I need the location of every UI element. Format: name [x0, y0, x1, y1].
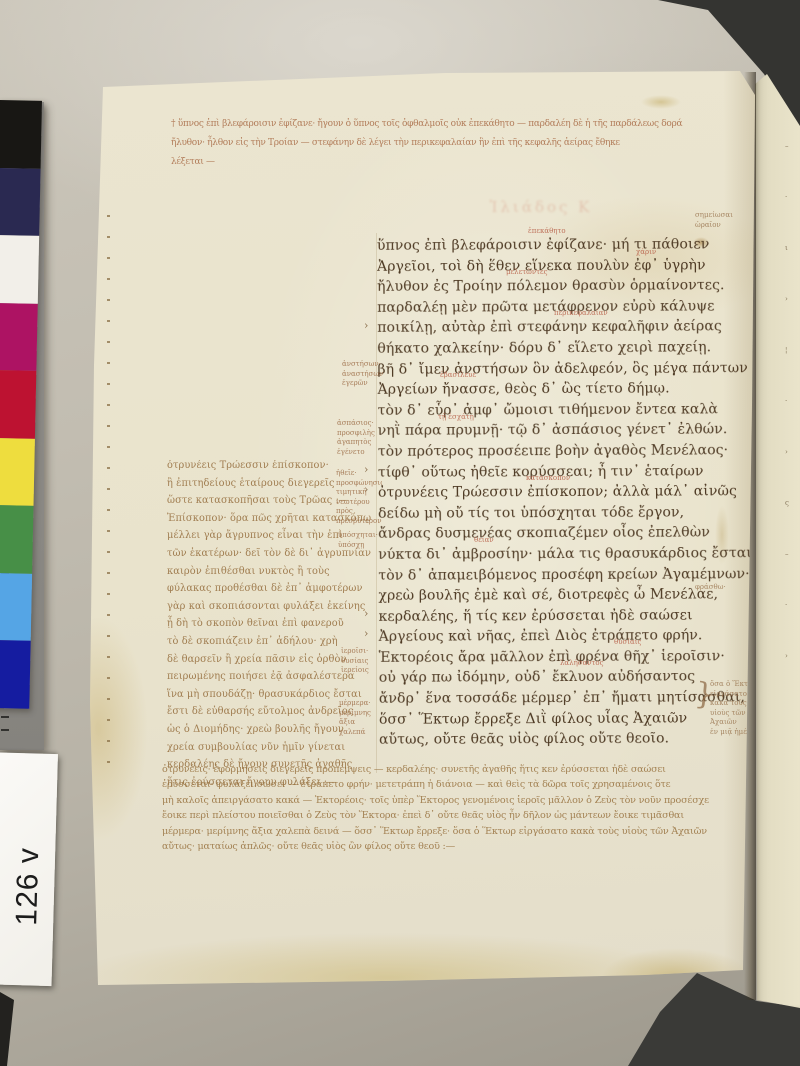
swatch-lightblue — [0, 572, 32, 640]
scholion-line: χρεία συμβουλίας νῦν ἡμῖν γίνεται — [167, 739, 371, 757]
swatch-red — [0, 370, 36, 438]
diple-mark: › — [364, 319, 368, 332]
interlinear-gloss: τῇ ἐσχάτῃ — [438, 413, 474, 421]
scholion-line: ἔοικε περὶ πλείστου ποιεῖσθαι ὁ Ζεὺς τὸν… — [162, 808, 764, 823]
interlinear-gloss: μελετῶντες — [506, 268, 548, 276]
margin-gloss-cluster: ἠθεῖε·προσφώνησιςτιμητικὴνεωτέρουπρὸςπρε… — [336, 469, 382, 526]
swatch-green — [0, 505, 34, 573]
scholion-line: αὔτως· ματαίως ἁπλῶς· οὔτε θεᾶς υἱὸς ὢν … — [162, 839, 764, 854]
folio-label-card: 126 v — [0, 752, 58, 986]
margin-gloss-cluster: ἀνστήσων·ἀναστήσωνἐγερῶν — [342, 360, 388, 389]
interlinear-gloss: ἐβασίλευε — [440, 371, 476, 379]
next-folio-fore-edge: ›–·ι›¦·›ς–·› — [752, 66, 800, 1010]
folio-label: 126 v — [8, 786, 48, 987]
interlinear-gloss: χάριν — [636, 248, 656, 256]
bottom-scholia-block: ὀτρυνέεις· ἐφορμήσεις διεγερεῖς προπέμψε… — [162, 762, 764, 854]
interlinear-gloss: λαλήσαντος — [560, 659, 604, 667]
interlinear-gloss: θυσίαις — [614, 638, 641, 646]
scholion-line: γὰρ καὶ σκοπιάσονται φυλάξει ἐκείνης — [167, 598, 371, 616]
margin-gloss-cluster: ἱεροῖσι·θυσίαιςἱερείοις — [341, 647, 387, 676]
swatch-magenta — [0, 302, 38, 370]
interlinear-gloss: θείαν — [474, 536, 494, 544]
scholion-line: μέρμερα· μερίμνης ἄξια χαλεπὰ δεινά — ὅσ… — [162, 824, 764, 839]
interlinear-gloss: περικεφαλαίαν — [554, 309, 608, 317]
right-margin-note: φράσθω· — [695, 583, 747, 593]
backdrop-dark-edge-bottom-left — [0, 992, 18, 1066]
swatch-yellow — [0, 437, 35, 505]
margin-gloss-cluster: ὑπόσχηται·ὑπόσχῃ — [338, 531, 384, 550]
scholion-line: μὴ καλοῖς ἀπειργάσατο κακά — Ἑκτορέοις· … — [162, 793, 764, 808]
swatch-darkblue — [0, 640, 31, 708]
manuscript-page-126v: † ὕπνος ἐπὶ βλεφάροισιν ἐφίζανε· ἤγουν ὁ… — [85, 65, 757, 987]
scholion-line: ᾗ δὴ τὸ σκοπὸν θεῖναι ἐπὶ φανεροῦ — [167, 615, 371, 633]
swatch-navy — [0, 167, 41, 235]
next-folio-margin-marks: ›–·ι›¦·›ς–·› — [785, 92, 789, 660]
scholion-line: ἐρύσσεται· φυλάξει σώσει — ἐτράπετο φρήν… — [162, 777, 764, 792]
faded-rubric: Ἰλιάδος Κ — [451, 198, 631, 216]
margin-gloss-cluster: ἀσπάσιος·προσφιλὴςἀγαπητὸςἐγένετο — [337, 419, 383, 457]
scholion-line: καιρὸν ἐπιθέσθαι νυκτὸς ἢ τοὺς — [167, 563, 371, 581]
interlinear-gloss: ἐπεκάθητο — [528, 227, 566, 235]
swatch-black — [0, 100, 42, 168]
margin-gloss-cluster: μέρμερα·μερίμνηςἄξιαχαλεπά — [339, 699, 385, 737]
interlinear-gloss: κατάσκοπον — [526, 474, 570, 482]
scholion-line: ὀτρυνέεις· ἐφορμήσεις διεγερεῖς προπέμψε… — [162, 762, 764, 777]
manuscript-photo-scene: ›–·ι›¦·›ς–·› † ὕπνος ἐπὶ βλεφάροισιν ἐφί… — [0, 0, 800, 1066]
swatch-white — [0, 235, 39, 303]
right-margin-note: σημείωσαιὡραῖον — [695, 211, 747, 230]
top-margin-annotations: † ὕπνος ἐπὶ βλεφάροισιν ἐφίζανε· ἤγουν ὁ… — [171, 115, 767, 172]
parchment-stain — [641, 95, 681, 109]
pricking-holes — [107, 215, 110, 763]
scholion-line: φύλακας προθέσθαι δὲ ἐπ᾽ ἀμφοτέρων — [167, 580, 371, 598]
